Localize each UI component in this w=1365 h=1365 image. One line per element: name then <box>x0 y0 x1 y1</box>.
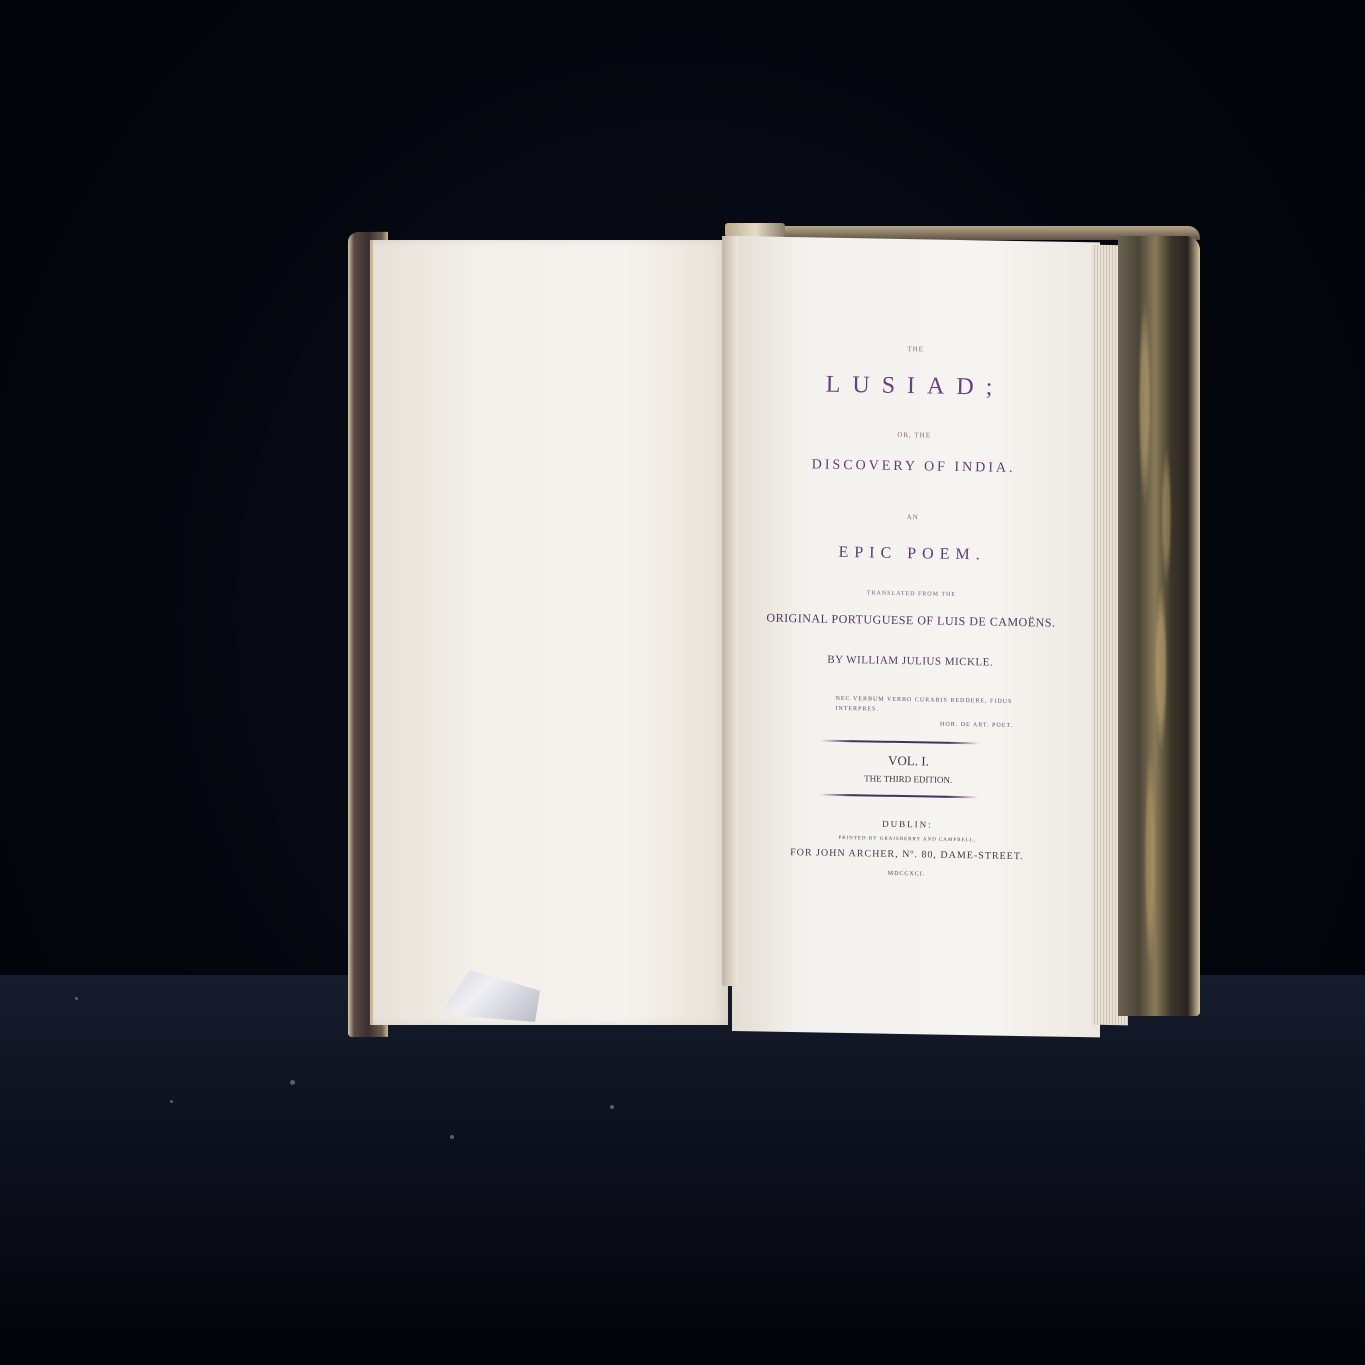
or-the: OR, THE <box>730 428 1098 442</box>
divider-rule <box>820 740 980 745</box>
marbled-edge-pattern <box>1128 250 1183 1010</box>
translated-from: TRANSLATED FROM THE <box>727 588 1095 600</box>
publication-year: MDCCXCI. <box>723 868 1091 880</box>
dust-speck <box>610 1105 614 1109</box>
publisher: FOR JOHN ARCHER, Nº. 80, DAME-STREET. <box>723 846 1091 863</box>
title-page-text: THE LUSIAD; OR, THE DISCOVERY OF INDIA. … <box>722 330 1100 916</box>
book-subtitle: DISCOVERY OF INDIA. <box>730 456 1098 478</box>
imprint-city: DUBLIN: <box>723 816 1091 832</box>
divider-rule <box>819 794 979 799</box>
dust-speck <box>170 1100 173 1103</box>
book-title: LUSIAD; <box>731 370 1099 403</box>
dust-speck <box>290 1080 295 1085</box>
article-an: AN <box>729 510 1097 524</box>
blank-left-page <box>370 240 728 1025</box>
title-prefix: THE <box>732 342 1100 356</box>
dust-speck <box>450 1135 454 1139</box>
original-author: ORIGINAL PORTUGUESE OF LUIS DE CAMOËNS. <box>727 610 1095 631</box>
velvet-surface <box>0 975 1365 1365</box>
spine-headband <box>725 223 785 237</box>
translator: BY WILLIAM JULIUS MICKLE. <box>726 652 1094 670</box>
dust-speck <box>75 997 78 1000</box>
genre: EPIC POEM. <box>728 542 1096 566</box>
volume-number: VOL. I. <box>724 750 1092 772</box>
edition: THE THIRD EDITION. <box>724 771 1092 787</box>
printer: PRINTED BY GRAISBERRY AND CAMPBELL, <box>723 834 1091 845</box>
